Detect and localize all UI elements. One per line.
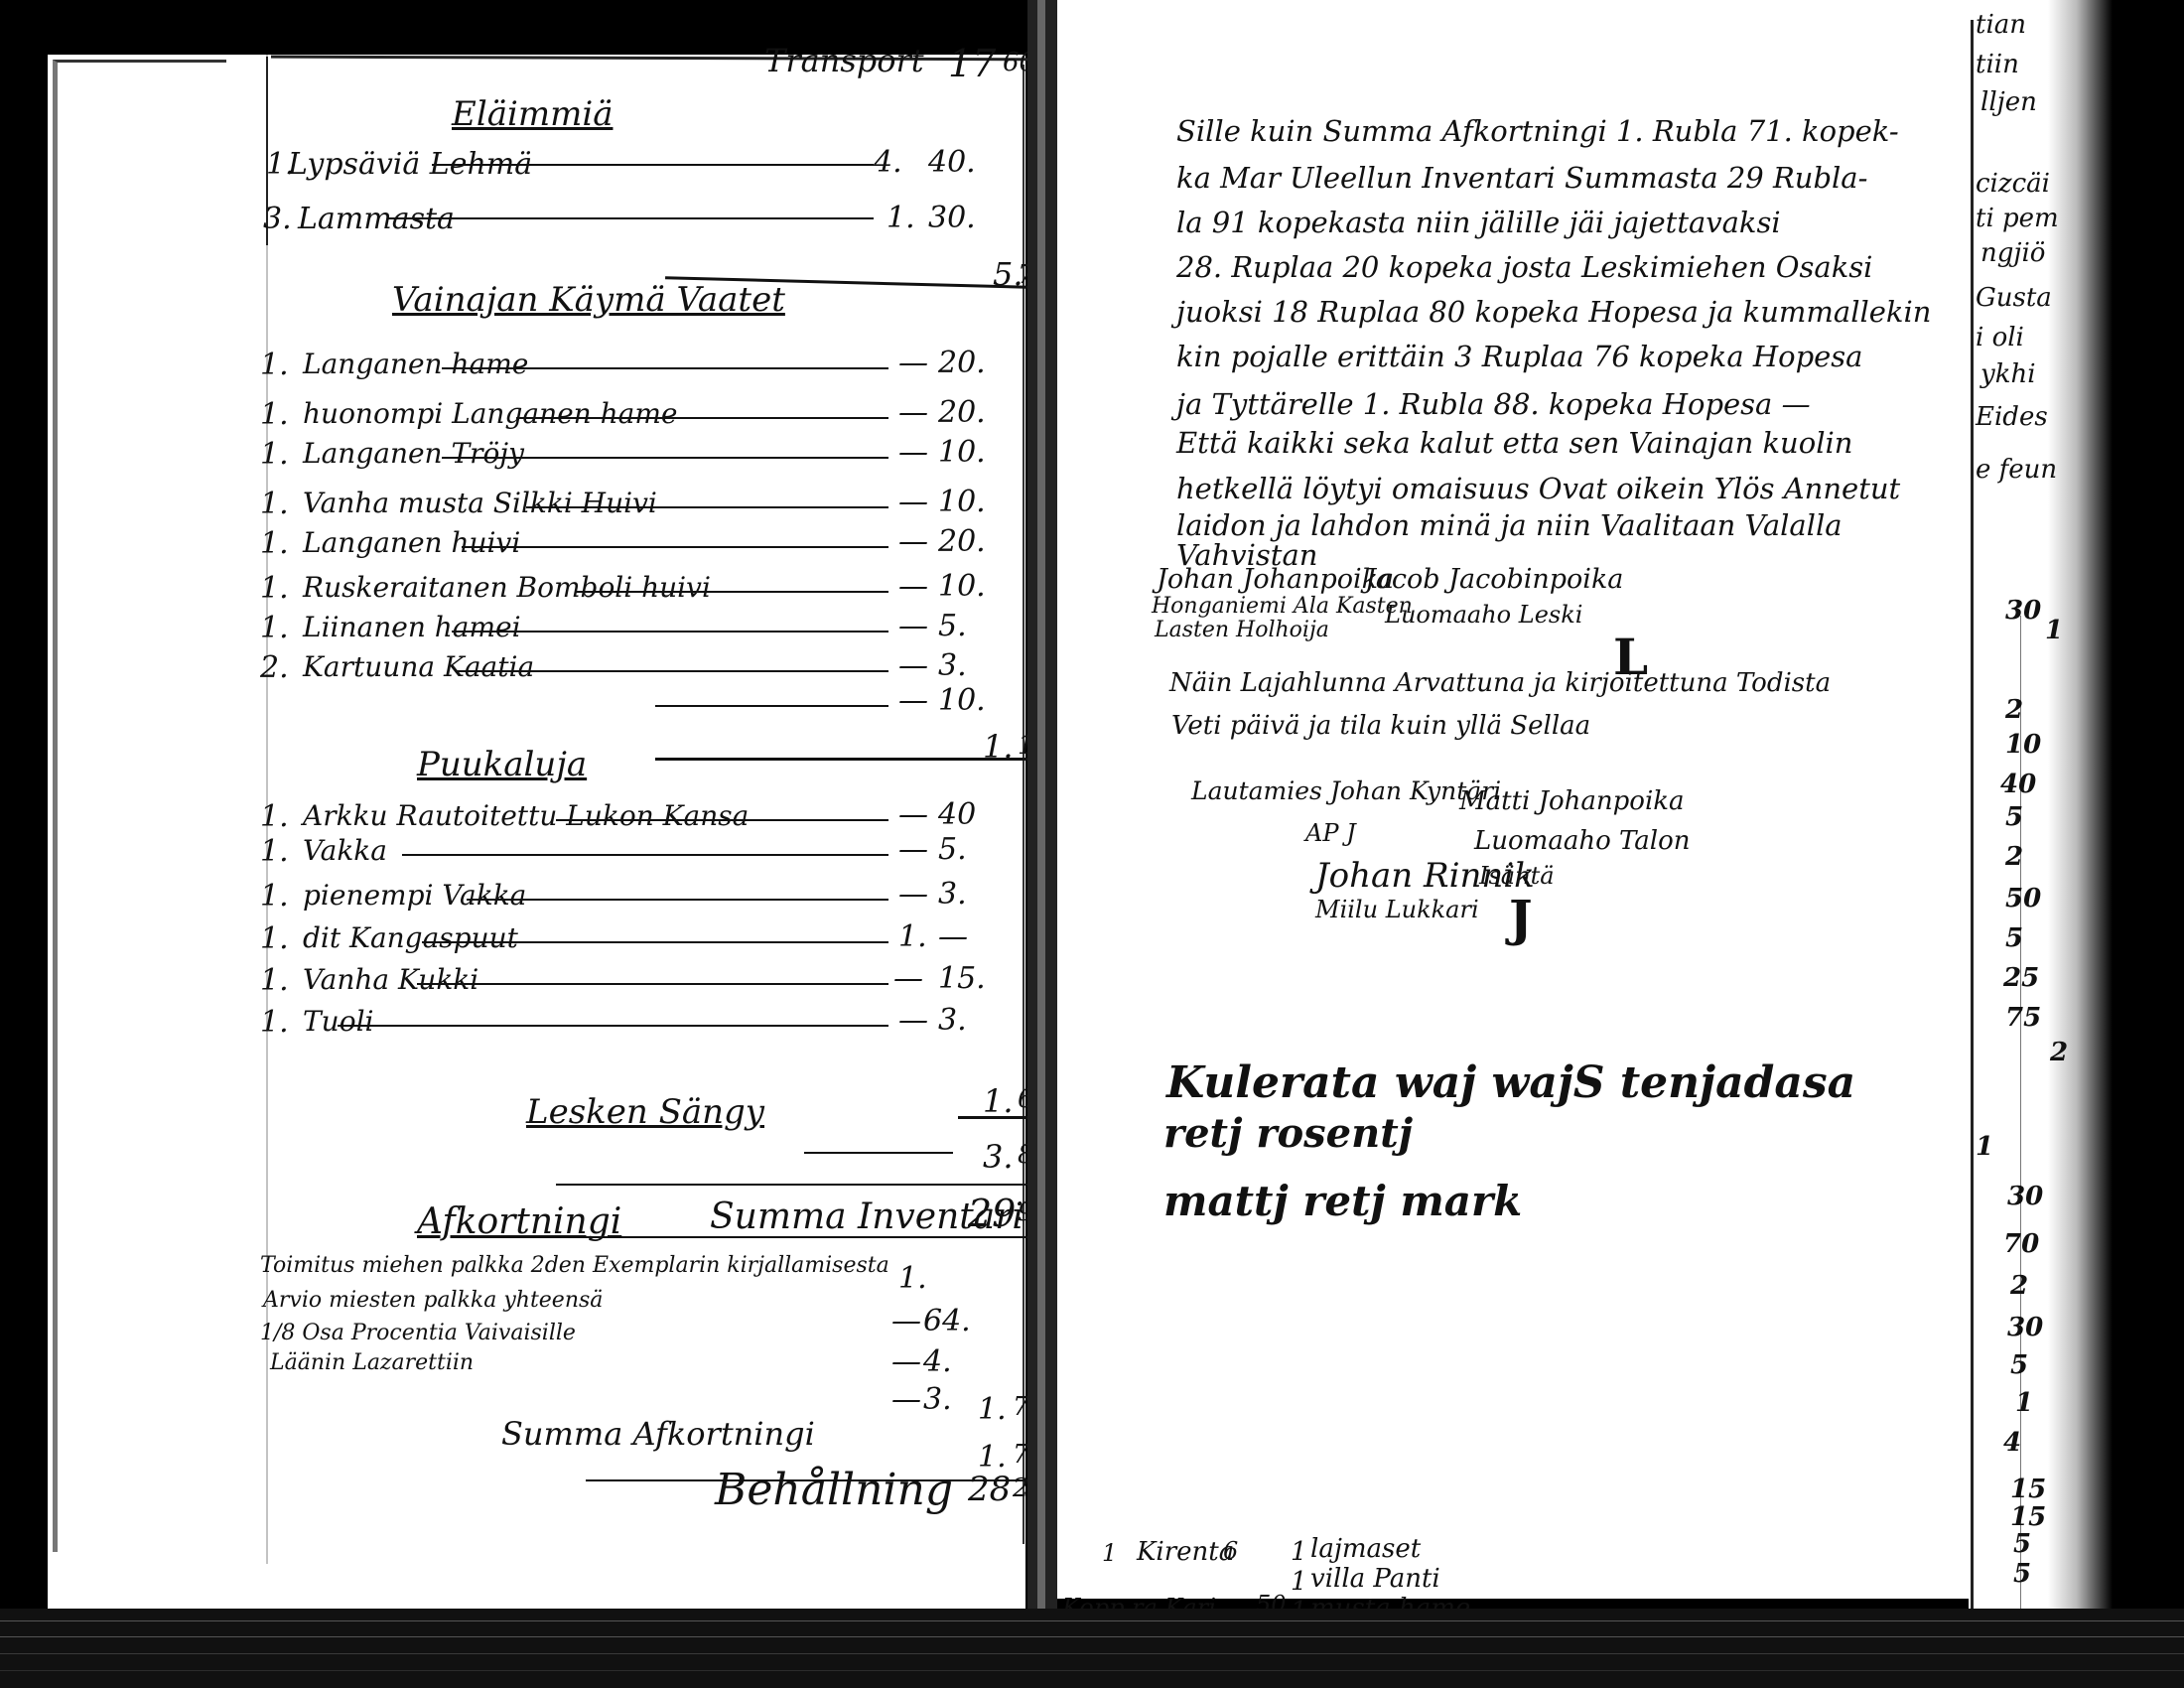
strip-word: e feun [1976, 455, 2057, 485]
strip-number: 30 [2005, 596, 2041, 626]
strip-number: 40 [2000, 770, 2036, 799]
strip-number: 15 [2010, 1475, 2046, 1504]
strip-number: 5 [2005, 802, 2023, 832]
strip-number: 2 [2010, 1271, 2028, 1301]
scan-background [0, 1609, 2184, 1688]
strip-word: ykhi [1980, 359, 2036, 389]
strip-word: Gusta [1976, 283, 2052, 313]
declaration-line: Sille kuin Summa Afkortningi 1. Rubla 71… [1176, 117, 1899, 146]
strip-word: ti pem [1976, 204, 2059, 233]
section-title-vaatet: Vainajan Käymä Vaatet [392, 280, 785, 320]
behallning-rubles: 28 [968, 1470, 1011, 1509]
strip-number: 4 [2003, 1428, 2021, 1458]
page-edge-frame [53, 60, 226, 1552]
strip-number: 2 [2005, 842, 2023, 872]
section-title-afkortningi: Afkortningi [417, 1201, 621, 1242]
strip-number: 25 [2003, 963, 2039, 993]
strip-number: 5 [2013, 1529, 2031, 1559]
subtotal-rubles: 1. [983, 1082, 1014, 1120]
inventory-total-rubles: 29 [968, 1192, 1016, 1235]
declaration-line: hetkellä löytyi omaisuus Ovat oikein Ylö… [1176, 475, 1900, 503]
strip-number: 5 [2010, 1350, 2028, 1380]
declaration-line: ja Tyttärelle 1. Rubla 88. kopeka Hopesa… [1176, 390, 1811, 419]
deduction-subtotal-rubles: 1. [978, 1392, 1007, 1427]
section-title-lesken-sangy: Lesken Sängy [526, 1092, 764, 1132]
declaration-line: Että kaikki seka kalut etta sen Vainajan… [1176, 429, 1852, 458]
behallning-label: Behållning [715, 1465, 953, 1515]
strip-number: 1 [2045, 616, 2063, 645]
strip-number: 50 [2005, 884, 2041, 914]
declaration-line: laidon ja lahdon minä ja niin Vaalitaan … [1176, 511, 1843, 540]
declaration-line: 28. Ruplaa 20 kopeka josta Leskimiehen O… [1176, 253, 1872, 282]
strip-word: ngjiö [1980, 238, 2045, 268]
strip-number: 1 [1976, 1132, 1993, 1162]
strip-word: tiin [1976, 50, 2019, 79]
attestation-line: Veti päivä ja tila kuin yllä Sellaa [1171, 711, 1590, 741]
deduction-total-label: Summa Afkortningi [501, 1415, 815, 1453]
strip-word: tian [1976, 10, 2026, 40]
strip-number: 5 [2013, 1559, 2031, 1589]
declaration-line: kin pojalle erittäin 3 Ruplaa 76 kopeka … [1176, 343, 1862, 371]
later-note-line: Kulerata waj wajS tenjadasa [1166, 1057, 1855, 1108]
subtotal-rubles: 3. [983, 1138, 1014, 1176]
declaration-line: la 91 kopekasta niin jälille jäi jajetta… [1176, 209, 1781, 237]
transport-label: Transport [764, 42, 924, 79]
strip-number: 5 [2005, 923, 2023, 953]
attestation-line: Näin Lajahlunna Arvattuna ja kirjoitettu… [1169, 668, 1831, 698]
transport-rubles: 17 [948, 42, 996, 85]
strip-word: cizcäi [1976, 169, 2050, 199]
later-note-line: retj rosentj [1163, 1110, 1413, 1157]
strip-number: 30 [2007, 1182, 2043, 1211]
declaration-line: ka Mar Uleellun Inventari Summasta 29 Ru… [1176, 164, 1867, 193]
mark-of-signer: J [1509, 889, 1533, 947]
strip-number: 1 [2015, 1388, 2033, 1418]
strip-word: Eides [1976, 402, 2048, 432]
later-note-line: mattj retj mark [1163, 1177, 1522, 1225]
declaration-line: juoksi 18 Ruplaa 80 kopeka Hopesa ja kum… [1176, 298, 1931, 327]
strip-number: 75 [2005, 1003, 2041, 1033]
strip-number: 30 [2007, 1313, 2043, 1342]
strip-word: i oli [1976, 323, 2024, 352]
section-title-puukaluja: Puukaluja [417, 745, 587, 784]
strip-number: 2 [2005, 695, 2023, 725]
strip-number: 70 [2003, 1229, 2039, 1259]
strip-word: lljen [1980, 87, 2037, 117]
strip-number: 2 [2050, 1038, 2068, 1067]
section-title-elaimmia: Eläimmiä [452, 94, 613, 134]
strip-number: 10 [2005, 730, 2041, 760]
book-gutter [1027, 0, 1057, 1688]
strip-number: 15 [2010, 1502, 2046, 1532]
